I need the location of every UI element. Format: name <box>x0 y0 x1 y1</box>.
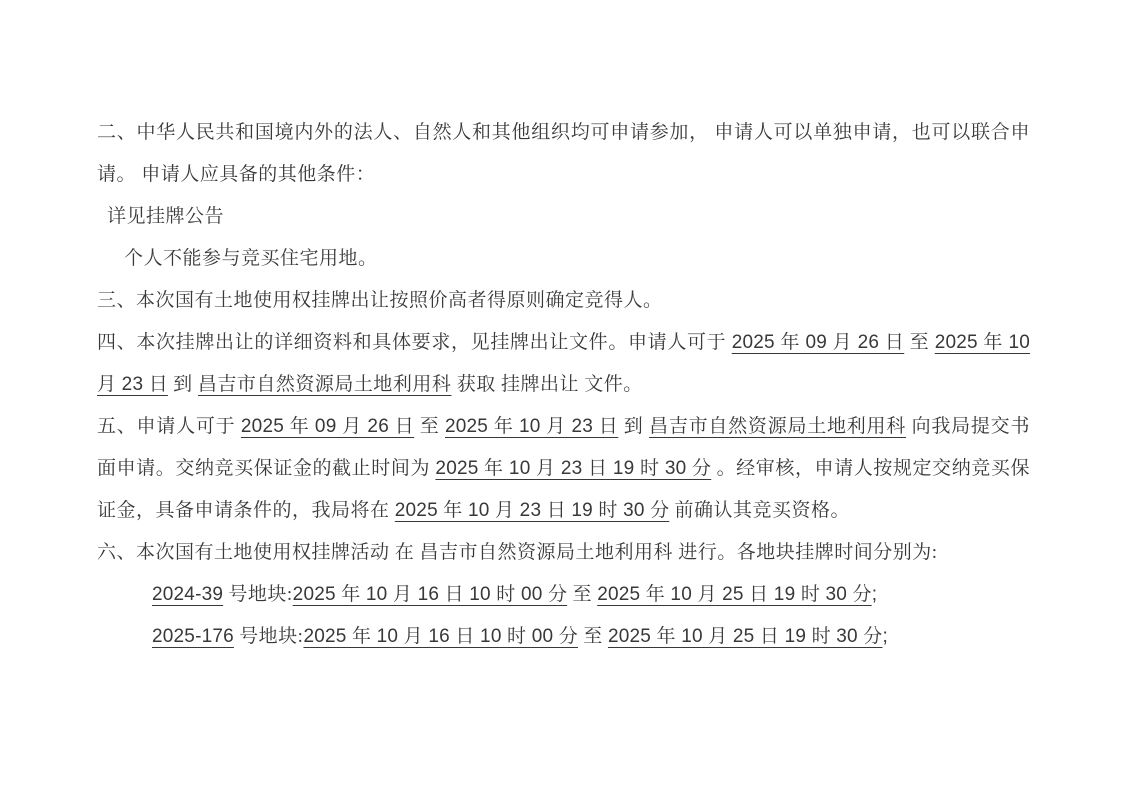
text-segment: 六、本次国有土地使用权挂牌活动 在 昌吉市自然资源局土地利用科 进行。各地块挂牌… <box>97 542 938 563</box>
text-segment: 至 <box>414 416 445 437</box>
underlined-value: 2025 年 10 月 25 日 19 时 30 分 <box>597 584 872 605</box>
text-segment: 到 <box>168 374 198 395</box>
paragraph-item-five: 五、申请人可于 2025 年 09 月 26 日 至 2025 年 10 月 2… <box>97 406 1030 532</box>
underlined-value: 2025 年 09 月 26 日 <box>241 416 414 437</box>
text-segment: 二、中华人民共和国境内外的法人、自然人和其他组织均可申请参加， 申请人可以单独申… <box>97 122 1030 185</box>
text-segment: 获取 挂牌出让 文件。 <box>451 374 642 395</box>
text-segment: ; <box>872 584 877 605</box>
text-segment: 三、本次国有土地使用权挂牌出让按照价高者得原则确定竞得人。 <box>97 290 663 311</box>
underlined-value: 2025 年 10 月 25 日 19 时 30 分 <box>608 626 883 647</box>
text-segment: 号地块: <box>223 584 293 605</box>
text-segment: 个人不能参与竞买住宅用地。 <box>124 248 378 269</box>
paragraph-note-see-listing-notice: 详见挂牌公告 <box>97 196 1030 238</box>
document-body: 二、中华人民共和国境内外的法人、自然人和其他组织均可申请参加， 申请人可以单独申… <box>97 112 1030 658</box>
underlined-value: 2024-39 <box>152 584 223 605</box>
text-segment: ; <box>882 626 887 647</box>
underlined-value: 2025-176 <box>152 626 234 647</box>
text-segment: 五、申请人可于 <box>97 416 241 437</box>
paragraph-note-individuals-restriction: 个人不能参与竞买住宅用地。 <box>97 238 1030 280</box>
paragraph-item-six: 六、本次国有土地使用权挂牌活动 在 昌吉市自然资源局土地利用科 进行。各地块挂牌… <box>97 532 1030 574</box>
text-segment: 至 <box>567 584 597 605</box>
text-segment: 至 <box>578 626 608 647</box>
underlined-value: 昌吉市自然资源局土地利用科 <box>198 374 452 395</box>
underlined-value: 2025 年 10 月 16 日 10 时 00 分 <box>293 584 568 605</box>
underlined-value: 2025 年 10 月 16 日 10 时 00 分 <box>303 626 578 647</box>
paragraph-plot-2024-39-schedule: 2024-39 号地块:2025 年 10 月 16 日 10 时 00 分 至… <box>97 574 1030 616</box>
text-segment: 到 <box>618 416 649 437</box>
paragraph-item-two: 二、中华人民共和国境内外的法人、自然人和其他组织均可申请参加， 申请人可以单独申… <box>97 112 1030 196</box>
paragraph-item-three: 三、本次国有土地使用权挂牌出让按照价高者得原则确定竞得人。 <box>97 280 1030 322</box>
underlined-value: 昌吉市自然资源局土地利用科 <box>649 416 906 437</box>
underlined-value: 2025 年 10 月 23 日 <box>445 416 618 437</box>
paragraph-plot-2025-176-schedule: 2025-176 号地块:2025 年 10 月 16 日 10 时 00 分 … <box>97 616 1030 658</box>
text-segment: 详见挂牌公告 <box>107 206 224 227</box>
text-segment: 四、本次挂牌出让的详细资料和具体要求，见挂牌出让文件。申请人可于 <box>97 332 732 353</box>
document-page: 二、中华人民共和国境内外的法人、自然人和其他组织均可申请参加， 申请人可以单独申… <box>0 0 1122 793</box>
underlined-value: 2025 年 10 月 23 日 19 时 30 分 <box>395 500 670 521</box>
underlined-value: 2025 年 09 月 26 日 <box>732 332 904 353</box>
text-segment: 号地块: <box>234 626 304 647</box>
underlined-value: 2025 年 10 月 23 日 19 时 30 分 <box>435 458 711 479</box>
text-segment: 至 <box>904 332 935 353</box>
text-segment: 前确认其竞买资格。 <box>669 500 850 521</box>
paragraph-item-four: 四、本次挂牌出让的详细资料和具体要求，见挂牌出让文件。申请人可于 2025 年 … <box>97 322 1030 406</box>
